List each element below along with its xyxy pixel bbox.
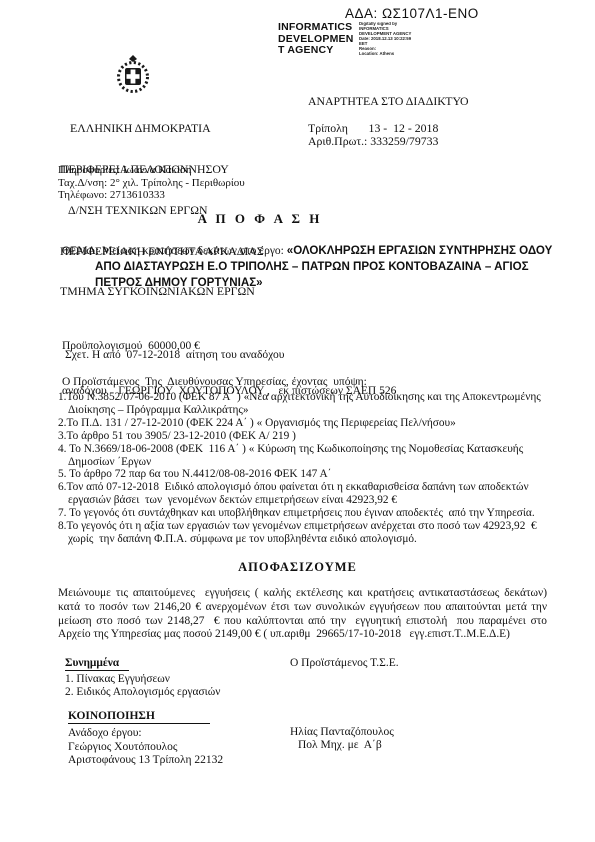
authority-line: ΕΛΛΗΝΙΚΗ ΔΗΜΟΚΡΑΤΙΑ xyxy=(60,122,264,136)
preamble-intro: Ο Προϊστάμενος Της Διευθύνουσας Υπηρεσία… xyxy=(62,376,367,388)
resolution-heading: ΑΠΟΦΑΣΙΖΟΥΜΕ xyxy=(0,560,595,575)
legal-basis-item: 4. Το Ν.3669/18-06-2008 (ΦΕΚ 116 Α΄ ) « … xyxy=(58,443,550,469)
subject-paragraph: ΘΕΜΑ: Μείωση κρατήσεων δεκάτων στο έργο:… xyxy=(62,243,573,292)
city-and-date: Τρίπολη 13 - 12 - 2018 xyxy=(308,122,469,136)
document-page: ΑΔΑ: ΩΣ107Λ1-ΕΝΟ INFORMATICS DEVELOPMEN … xyxy=(0,0,595,842)
stamp-agency-name: INFORMATICS DEVELOPMEN T AGENCY xyxy=(278,22,354,57)
decision-heading: Α Π Ο Φ Α Σ Η xyxy=(0,211,520,227)
stamp-detail-line: Location: Athens xyxy=(359,52,445,57)
legal-basis-item: 5. Το άρθρο 72 παρ 6α του Ν.4412/08-08-2… xyxy=(58,468,550,481)
phone-number: Τηλέφωνο: 2713610333 xyxy=(58,189,245,202)
attachments-heading: Συνημμένα xyxy=(65,657,129,671)
document-meta-block: ΑΝΑΡΤΗΤΕΑ ΣΤΟ ΔΙΑΔΙΚΤΥΟ Τρίπολη 13 - 12 … xyxy=(308,95,469,149)
distribution-line: Γεώργιος Χουτόπουλος xyxy=(68,741,223,754)
stamp-signature-details: Digitally signed by INFORMATICS DEVELOPM… xyxy=(359,22,445,57)
digital-signature-stamp: INFORMATICS DEVELOPMEN T AGENCY Digitall… xyxy=(278,22,479,71)
attachment-item: 1. Πίνακας Εγγυήσεων xyxy=(65,673,220,686)
legal-basis-item: 8.Το γεγονός ότι η αξία των εργασιών των… xyxy=(58,520,550,546)
signer-role: Πολ Μηχ. με Α΄β xyxy=(298,739,382,751)
postal-address: Ταχ.Δ/νση: 2° χιλ. Τρίπολης - Περιθωρίου xyxy=(58,177,245,190)
web-posting-notice: ΑΝΑΡΤΗΤΕΑ ΣΤΟ ΔΙΑΔΙΚΤΥΟ xyxy=(308,95,469,109)
ada-code: ΑΔΑ: ΩΣ107Λ1-ΕΝΟ xyxy=(345,6,479,21)
protocol-number: Αριθ.Πρωτ.: 333259/79733 xyxy=(308,135,469,149)
legal-basis-item: 7. Το γεγονός ότι συντάχθηκαν και υποβλή… xyxy=(58,507,550,520)
contact-info-block: Πληροφορίες: Ιωάννα Κακίση Ταχ.Δ/νση: 2°… xyxy=(58,164,245,202)
signer-name: Ηλίας Πανταζόπουλος xyxy=(290,726,394,738)
contact-person: Πληροφορίες: Ιωάννα Κακίση xyxy=(58,164,245,177)
attachment-item: 2. Ειδικός Απολογισμός εργασιών xyxy=(65,686,220,699)
signature-title: Ο Προϊστάμενος Τ.Σ.Ε. xyxy=(290,657,399,669)
attachments-block: Συνημμένα 1. Πίνακας Εγγυήσεων 2. Ειδικό… xyxy=(65,657,220,700)
legal-basis-item: 3.Το άρθρο 51 του 3905/ 23-12-2010 (ΦΕΚ … xyxy=(58,430,550,443)
legal-basis-item: 6.Τον από 07-12-2018 Ειδικό απολογισμό ό… xyxy=(58,481,550,507)
distribution-line: Αριστοφάνους 13 Τρίπολη 22132 xyxy=(68,754,223,767)
subject-label: ΘΕΜΑ: xyxy=(62,245,99,257)
distribution-block: ΚΟΙΝΟΠΟΙΗΣΗ Ανάδοχο έργου: Γεώργιος Χουτ… xyxy=(68,710,223,768)
reference-line: Σχετ. Η από 07-12-2018 αίτηση του αναδόχ… xyxy=(65,349,284,361)
legal-basis-list: 1.Του Ν.3852/07-06-2010 (ΦΕΚ 87 Α΄ ) «Νέ… xyxy=(58,391,550,546)
greek-coat-of-arms-icon xyxy=(114,54,152,101)
distribution-heading: ΚΟΙΝΟΠΟΙΗΣΗ xyxy=(68,710,210,724)
legal-basis-item: 2.Το Π.Δ. 131 / 27-12-2010 (ΦΕΚ 224 Α΄ )… xyxy=(58,417,550,430)
resolution-body: Μειώνουμε τις απαιτούμενες εγγυήσεις ( κ… xyxy=(58,587,547,642)
legal-basis-item: 1.Του Ν.3852/07-06-2010 (ΦΕΚ 87 Α΄ ) «Νέ… xyxy=(58,391,550,417)
subject-intro: Μείωση κρατήσεων δεκάτων στο έργο: xyxy=(99,245,287,257)
distribution-line: Ανάδοχο έργου: xyxy=(68,727,223,740)
